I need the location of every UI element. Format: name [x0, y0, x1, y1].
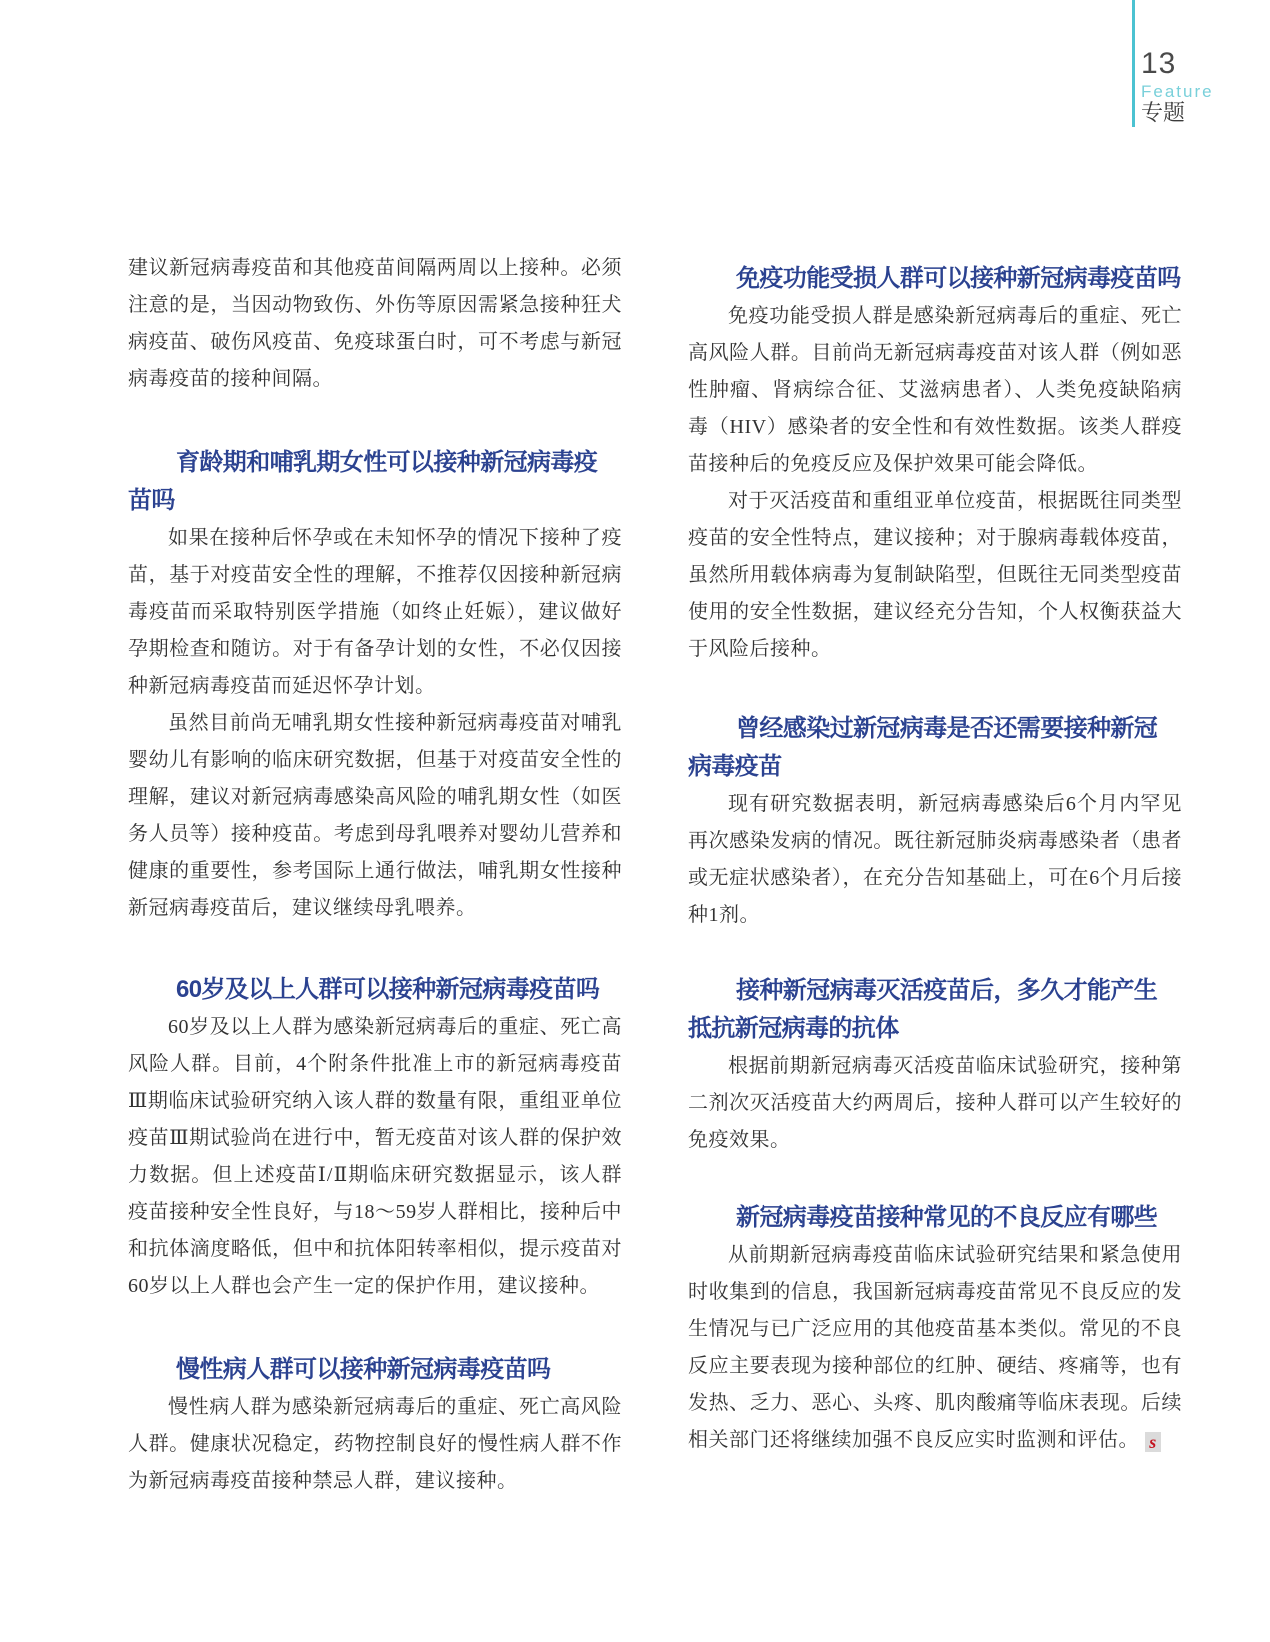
magazine-page: 13 Feature 专题 建议新冠病毒疫苗和其他疫苗间隔两周以上接种。必须注意… — [0, 0, 1270, 1642]
section-label-english: Feature — [1141, 83, 1214, 101]
body-paragraph: 对于灭活疫苗和重组亚单位疫苗，根据既往同类型疫苗的安全性特点，建议接种；对于腺病… — [688, 483, 1182, 668]
accent-vertical-rule — [1132, 0, 1135, 127]
section-heading: 慢性病人群可以接种新冠病毒疫苗吗 — [128, 1351, 622, 1389]
section-heading: 新冠病毒疫苗接种常见的不良反应有哪些 — [688, 1199, 1182, 1237]
body-paragraph: 根据前期新冠病毒灭活疫苗临床试验研究，接种第二剂次灭活疫苗大约两周后，接种人群可… — [688, 1048, 1182, 1159]
body-paragraph: 60岁及以上人群为感染新冠病毒后的重症、死亡高风险人群。目前，4个附条件批准上市… — [128, 1009, 622, 1305]
article-end-mark-icon: s — [1145, 1432, 1161, 1452]
body-paragraph: 从前期新冠病毒疫苗临床试验研究结果和紧急使用时收集到的信息，我国新冠病毒疫苗常见… — [688, 1237, 1182, 1459]
body-paragraph: 慢性病人群为感染新冠病毒后的重症、死亡高风险人群。健康状况稳定，药物控制良好的慢… — [128, 1389, 622, 1500]
section-heading: 免疫功能受损人群可以接种新冠病毒疫苗吗 — [688, 260, 1182, 298]
section-label-chinese: 专题 — [1141, 101, 1185, 125]
section-heading: 接种新冠病毒灭活疫苗后，多久才能产生 抵抗新冠病毒的抗体 — [688, 972, 1182, 1048]
body-paragraph: 现有研究数据表明，新冠病毒感染后6个月内罕见再次感染发病的情况。既往新冠肺炎病毒… — [688, 786, 1182, 934]
page-number: 13 — [1141, 48, 1176, 80]
section-heading: 曾经感染过新冠病毒是否还需要接种新冠 病毒疫苗 — [688, 710, 1182, 786]
body-paragraph: 虽然目前尚无哺乳期女性接种新冠病毒疫苗对哺乳婴幼儿有影响的临床研究数据，但基于对… — [128, 705, 622, 927]
body-paragraph-text: 从前期新冠病毒疫苗临床试验研究结果和紧急使用时收集到的信息，我国新冠病毒疫苗常见… — [688, 1244, 1182, 1451]
left-column: 建议新冠病毒疫苗和其他疫苗间隔两周以上接种。必须注意的是，当因动物致伤、外伤等原… — [128, 250, 622, 1500]
section-heading: 育龄期和哺乳期女性可以接种新冠病毒疫 苗吗 — [128, 444, 622, 520]
body-paragraph: 建议新冠病毒疫苗和其他疫苗间隔两周以上接种。必须注意的是，当因动物致伤、外伤等原… — [128, 250, 622, 398]
body-paragraph: 如果在接种后怀孕或在未知怀孕的情况下接种了疫苗，基于对疫苗安全性的理解，不推荐仅… — [128, 520, 622, 705]
right-column: 免疫功能受损人群可以接种新冠病毒疫苗吗 免疫功能受损人群是感染新冠病毒后的重症、… — [688, 250, 1182, 1459]
section-heading: 60岁及以上人群可以接种新冠病毒疫苗吗 — [128, 971, 622, 1009]
body-paragraph: 免疫功能受损人群是感染新冠病毒后的重症、死亡高风险人群。目前尚无新冠病毒疫苗对该… — [688, 298, 1182, 483]
